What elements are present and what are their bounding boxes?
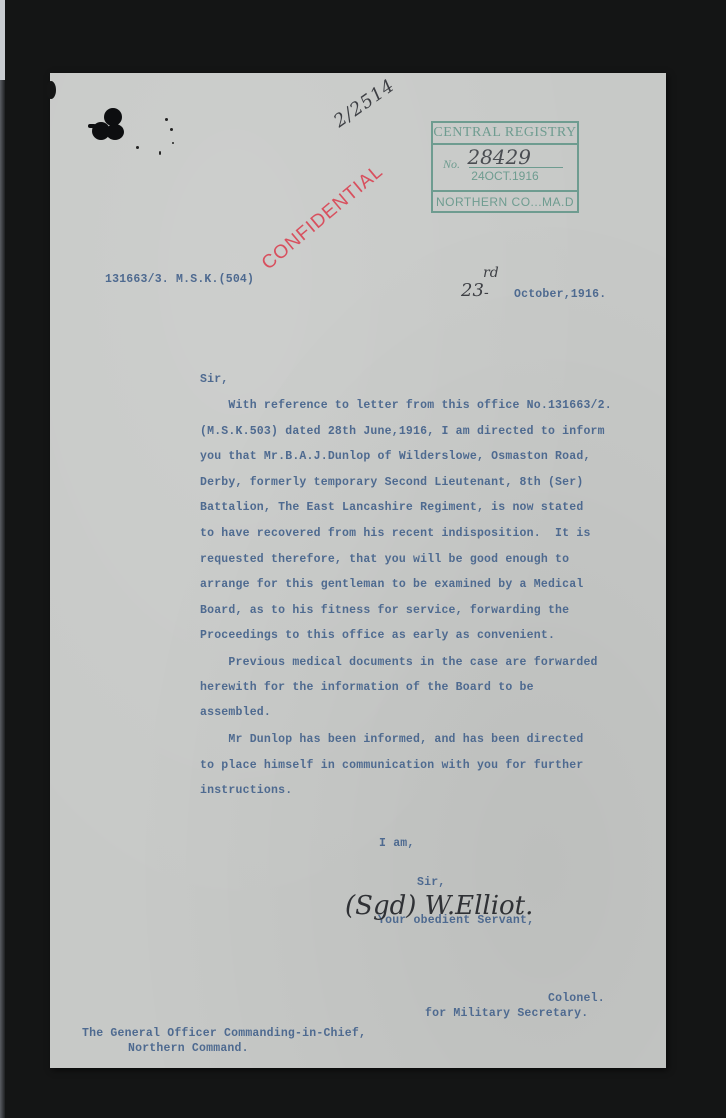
registry-stamp-office: NORTHERN CO...MA.D	[433, 190, 577, 209]
date-dash-handwritten: -	[484, 285, 489, 301]
addressee-line-2: Northern Command.	[128, 1042, 249, 1055]
registry-stamp-title: CENTRAL REGISTRY	[433, 125, 577, 145]
handwritten-signature: (Sgd) W.Elliot.	[345, 891, 533, 921]
confidential-stamp: CONFIDENTIAL	[258, 161, 388, 275]
body-line: (M.S.K.503) dated 28th June,1916, I am d…	[200, 425, 605, 438]
reference-number: 131663/3. M.S.K.(504)	[105, 273, 254, 286]
body-line: Proceedings to this office as early as c…	[200, 629, 555, 642]
salutation: Sir,	[200, 373, 228, 386]
body-line: Derby, formerly temporary Second Lieuten…	[200, 476, 583, 489]
body-line: Battalion, The East Lancashire Regiment,…	[200, 501, 583, 514]
body-line: arrange for this gentleman to be examine…	[200, 578, 583, 591]
paper-speck	[165, 118, 168, 121]
registry-number-underline	[469, 167, 563, 168]
scanner-edge-strip	[0, 0, 5, 1118]
body-line: assembled.	[200, 706, 271, 719]
closing-i-am: I am,	[379, 837, 415, 850]
body-line: Previous medical documents in the case a…	[200, 656, 598, 669]
body-line: Board, as to his fitness for service, fo…	[200, 604, 569, 617]
paper-speck	[136, 146, 139, 149]
handwritten-file-number: 2/2514	[330, 75, 399, 132]
date-day-handwritten: 23	[461, 280, 484, 301]
body-line: requested therefore, that you will be go…	[200, 553, 569, 566]
registry-number-value: 28429	[467, 145, 531, 169]
central-registry-stamp: CENTRAL REGISTRY No. 28429 24OCT.1916 NO…	[431, 121, 579, 213]
body-line: instructions.	[200, 784, 292, 797]
paper-speck	[170, 128, 173, 131]
body-line: With reference to letter from this offic…	[200, 399, 612, 412]
addressee-line-1: The General Officer Commanding-in-Chief,	[82, 1027, 366, 1040]
closing-sir: Sir,	[417, 876, 445, 889]
signatory-for: for Military Secretary.	[425, 1007, 588, 1020]
letter-page: 2/2514 CENTRAL REGISTRY No. 28429 24OCT.…	[50, 73, 666, 1068]
body-line: to place himself in communication with y…	[200, 759, 583, 772]
body-line: you that Mr.B.A.J.Dunlop of Wilderslowe,…	[200, 450, 591, 463]
date-month-year: October,1916.	[514, 288, 606, 301]
signatory-rank: Colonel.	[548, 992, 605, 1005]
paper-speck	[159, 151, 161, 155]
punch-hole-icon	[92, 108, 128, 148]
paper-speck	[172, 142, 174, 144]
body-line: Mr Dunlop has been informed, and has bee…	[200, 733, 583, 746]
body-line: to have recovered from his recent indisp…	[200, 527, 591, 540]
paper-edge-notch	[46, 81, 56, 99]
scanner-edge-highlight	[0, 0, 5, 80]
registry-stamp-date: 24OCT.1916	[433, 169, 577, 183]
date-day-suffix-handwritten: rd	[483, 265, 499, 281]
body-line: herewith for the information of the Boar…	[200, 681, 534, 694]
